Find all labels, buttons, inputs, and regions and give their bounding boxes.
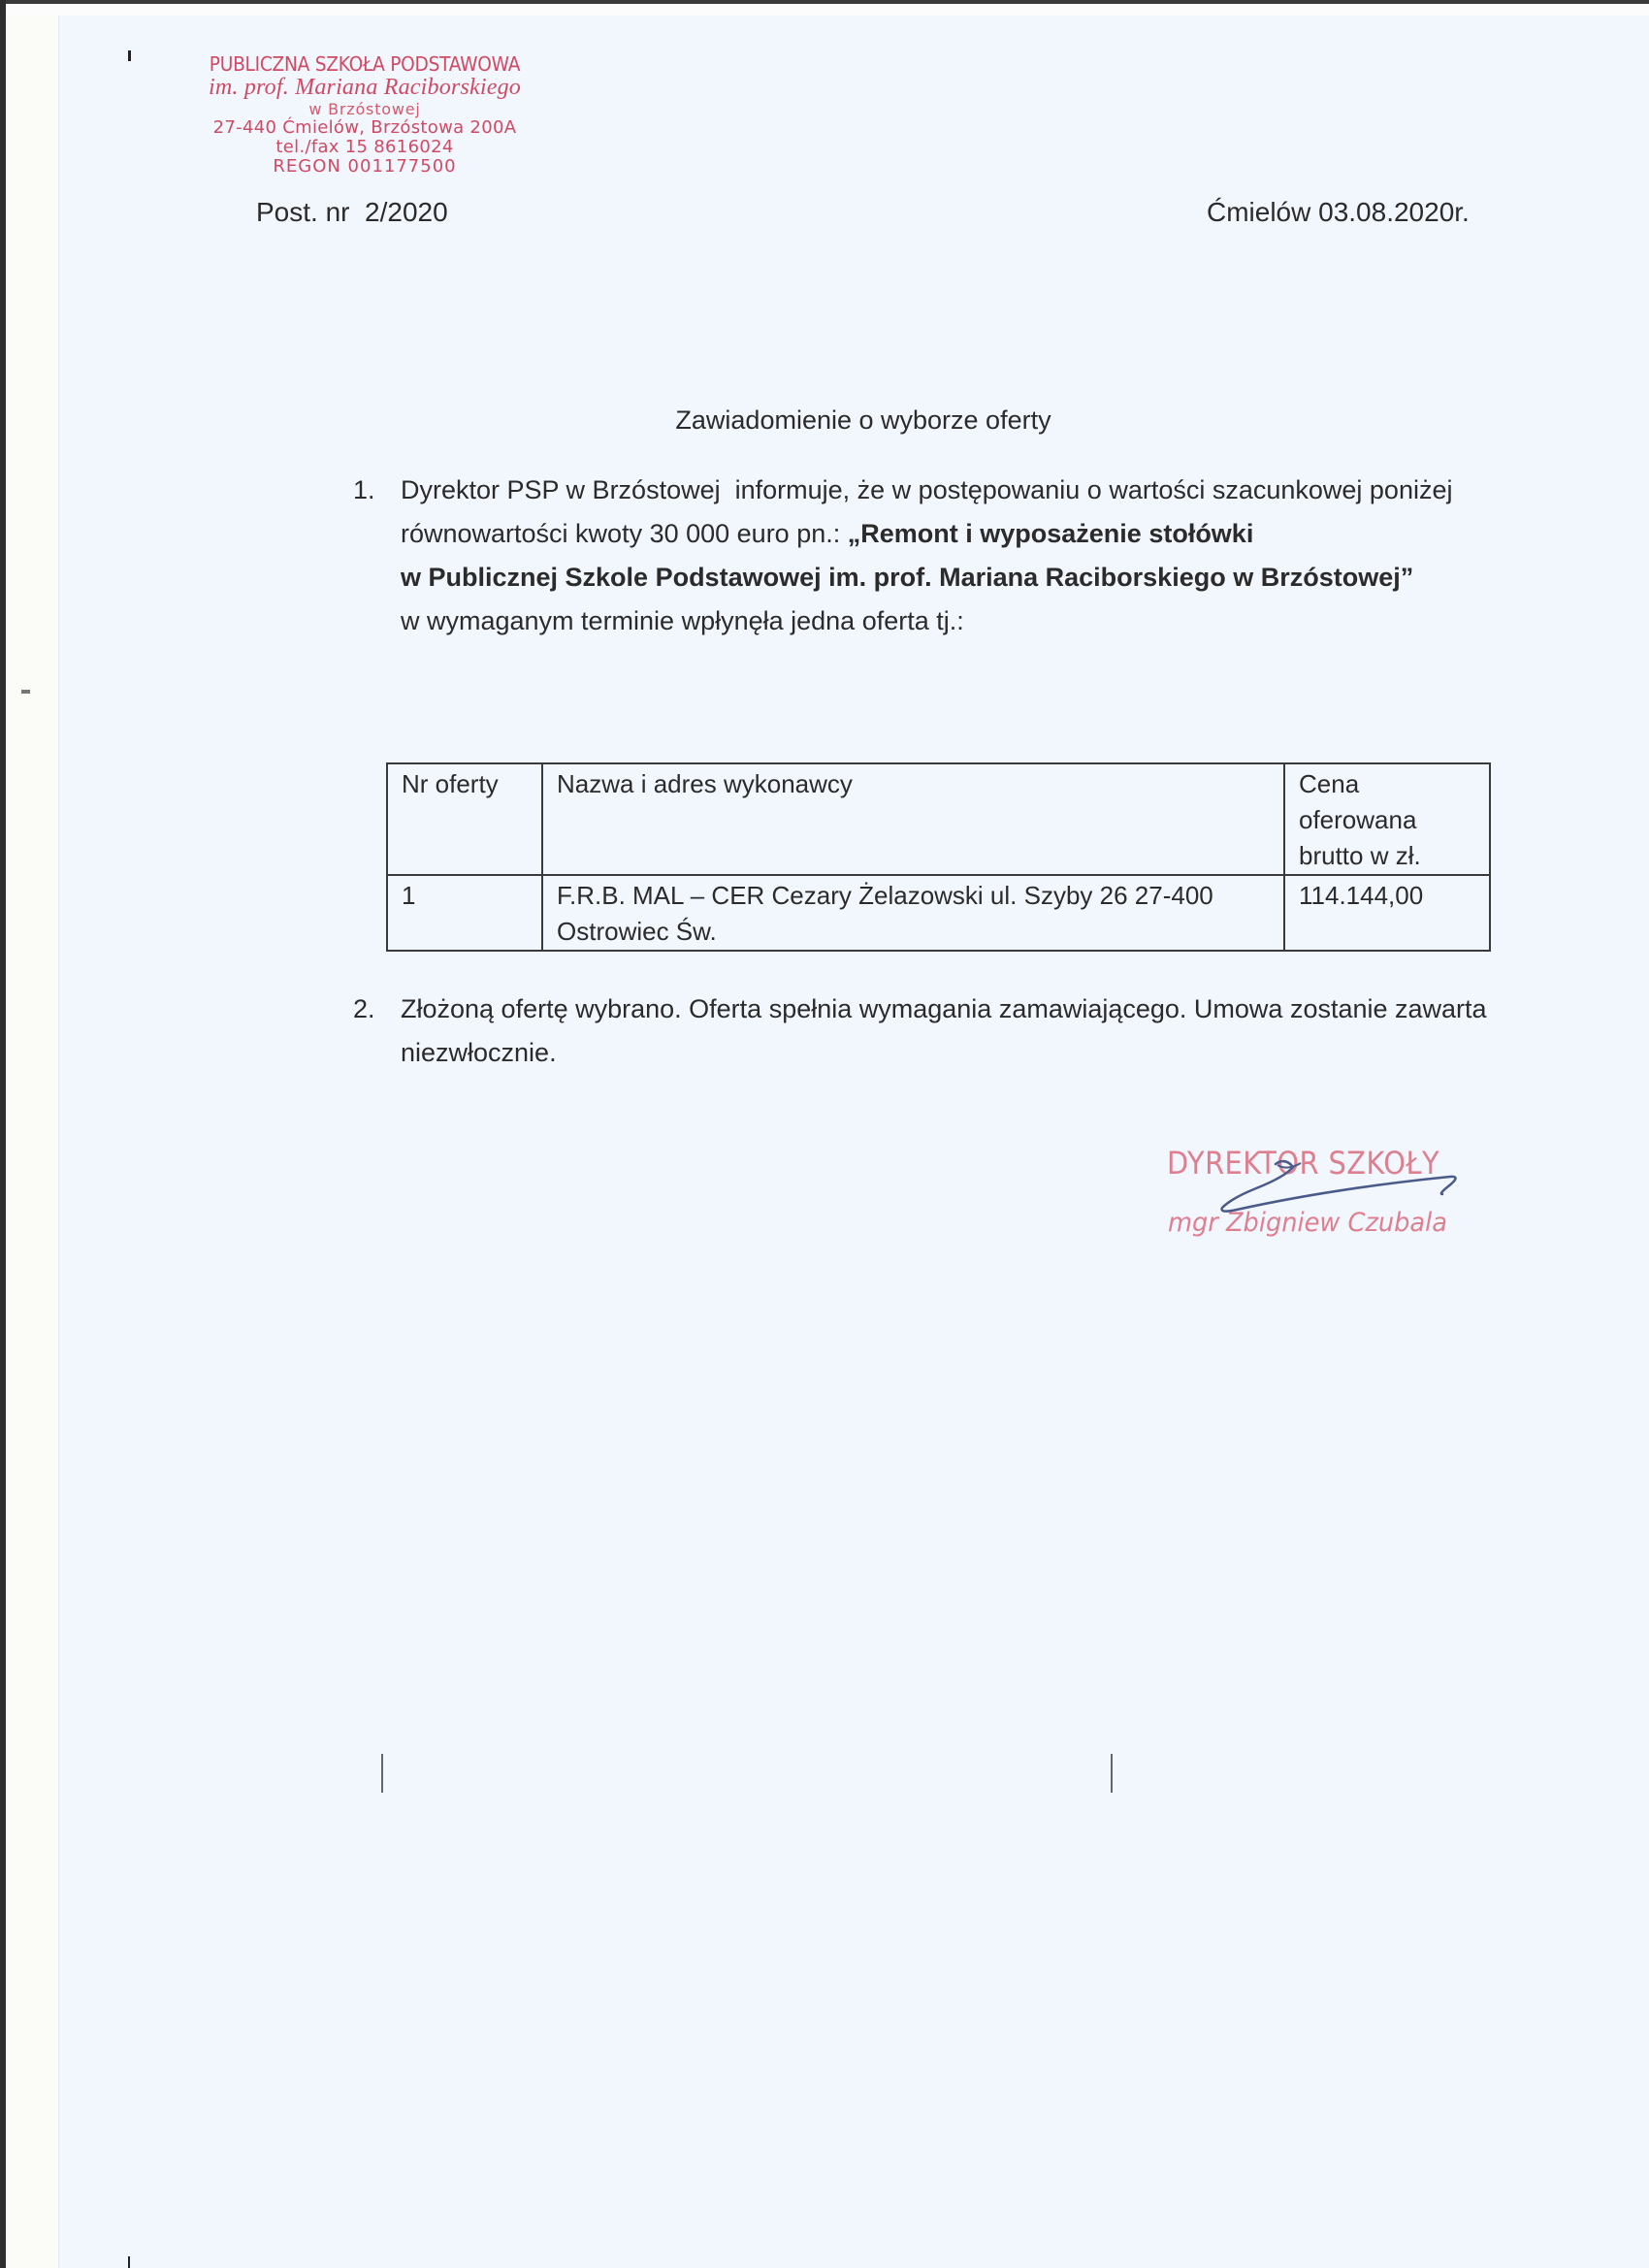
project-name-part2: w Publicznej Szkole Podstawowej im. prof… bbox=[401, 563, 1413, 592]
scan-margin-top bbox=[6, 4, 1649, 16]
table-header-row: Nr oferty Nazwa i adres wykonawcy Cena o… bbox=[387, 763, 1490, 875]
place-and-date: Ćmielów 03.08.2020r. bbox=[1207, 197, 1470, 228]
offers-table: Nr oferty Nazwa i adres wykonawcy Cena o… bbox=[386, 762, 1491, 952]
header-price: Cena oferowana brutto w zł. bbox=[1284, 763, 1490, 875]
scan-speck bbox=[21, 690, 30, 694]
scan-speck bbox=[128, 2256, 130, 2268]
table-row: 1 F.R.B. MAL – CER Cezary Żelazowski ul.… bbox=[387, 875, 1490, 951]
cell-offer-number: 1 bbox=[387, 875, 542, 951]
scan-speck bbox=[1111, 1754, 1113, 1793]
cell-price: 114.144,00 bbox=[1284, 875, 1490, 951]
stamp-regon: REGON 001177500 bbox=[190, 158, 539, 176]
list-item-text: Złożoną ofertę wybrano. Oferta spełnia w… bbox=[401, 988, 1487, 1075]
stamp-patron: im. prof. Mariana Raciborskiego bbox=[190, 76, 539, 99]
header-offer-number: Nr oferty bbox=[387, 763, 542, 875]
project-name-part1: „Remont i wyposażenie stołówki bbox=[848, 519, 1254, 548]
stamp-address: 27-440 Ćmielów, Brzóstowa 200A bbox=[190, 119, 539, 137]
scan-speck bbox=[381, 1754, 383, 1793]
school-stamp: PUBLICZNA SZKOŁA PODSTAWOWA im. prof. Ma… bbox=[190, 54, 539, 176]
cell-contractor: F.R.B. MAL – CER Cezary Żelazowski ul. S… bbox=[542, 875, 1284, 951]
stamp-phone: tel./fax 15 8616024 bbox=[190, 139, 539, 156]
list-item-text: Dyrektor PSP w Brzóstowej informuje, że … bbox=[401, 469, 1487, 643]
stamp-locality: w Brzóstowej bbox=[190, 102, 539, 117]
list-number: 1. bbox=[353, 469, 375, 512]
list-number: 2. bbox=[353, 988, 375, 1031]
stamp-school-name: PUBLICZNA SZKOŁA PODSTAWOWA bbox=[203, 54, 528, 74]
scan-margin-left bbox=[6, 4, 59, 2268]
scan-speck bbox=[128, 50, 131, 61]
document-title: Zawiadomienie o wyborze oferty bbox=[0, 405, 1649, 436]
closing-text: w wymaganym terminie wpłynęła jedna ofer… bbox=[401, 606, 964, 635]
reference-number: Post. nr 2/2020 bbox=[256, 197, 448, 228]
signatory-name: mgr Zbigniew Czubala bbox=[1168, 1208, 1447, 1238]
header-contractor: Nazwa i adres wykonawcy bbox=[542, 763, 1284, 875]
